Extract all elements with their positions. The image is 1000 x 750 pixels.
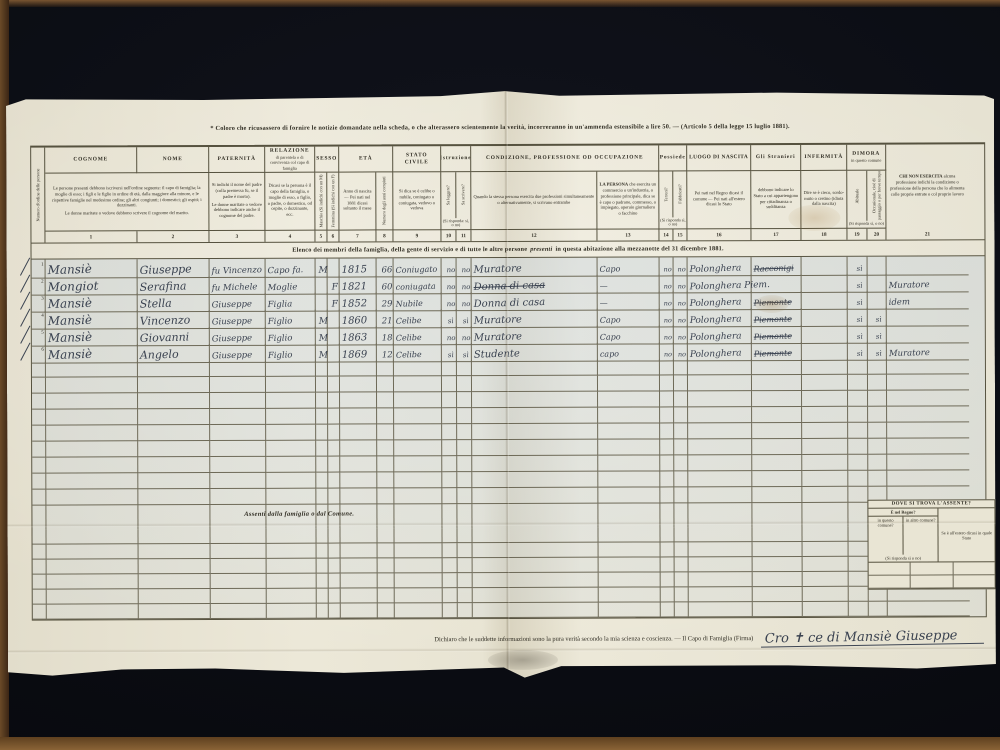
empty-cell	[442, 488, 457, 504]
empty-cell	[442, 472, 457, 488]
empty-cell	[753, 587, 803, 602]
empty-cell	[598, 407, 660, 423]
empty-cell	[138, 473, 210, 489]
handwritten-entry: Capo fa.	[267, 266, 303, 276]
row-number: 5	[41, 331, 44, 336]
empty-cell	[341, 573, 378, 588]
empty-cell	[328, 393, 340, 409]
handwritten-entry: F	[332, 300, 339, 309]
empty-cell	[377, 488, 394, 504]
empty-cell	[32, 490, 46, 506]
tally-mark	[20, 309, 30, 327]
empty-cell	[752, 439, 802, 455]
handwritten-entry: no	[664, 300, 672, 307]
row-number: 1	[41, 263, 44, 268]
handwritten-entry: 18	[381, 334, 392, 343]
empty-cell	[803, 587, 849, 602]
empty-cell	[599, 602, 661, 617]
handwritten-entry: 1863	[342, 333, 368, 344]
empty-cell	[848, 407, 868, 423]
empty-cell	[266, 377, 316, 393]
empty-cell	[340, 440, 377, 456]
empty-cell	[802, 407, 848, 423]
col-possiede-title: Possiede	[659, 145, 687, 171]
handwritten-entry: Muratore	[889, 281, 930, 291]
handwritten-entry: coniugata	[396, 283, 436, 292]
dimora-note: (Si risponda sì, o no)	[847, 221, 885, 228]
col-number-19: 19	[847, 229, 867, 240]
col-number-11: 11	[456, 230, 471, 241]
empty-cell	[317, 604, 329, 619]
empty-cell	[329, 604, 341, 619]
empty-cell	[378, 543, 395, 558]
col-stranieri-title: Gli Stranieri	[751, 145, 801, 171]
empty-cell	[267, 559, 317, 574]
empty-cell	[46, 377, 138, 393]
empty-cell	[661, 587, 675, 602]
empty-cell	[887, 454, 969, 470]
handwritten-entry: sì	[448, 352, 454, 359]
empty-cell	[688, 359, 752, 375]
empty-cell	[753, 572, 803, 587]
empty-cell	[458, 558, 473, 573]
handwritten-entry: Figlio	[268, 334, 293, 343]
empty-cell	[457, 376, 472, 392]
empty-cell	[138, 361, 210, 377]
eta-anni-label: Numero degli anni compiuti	[376, 172, 393, 230]
empty-cell	[32, 474, 46, 490]
empty-cell	[317, 559, 329, 574]
empty-cell	[47, 544, 139, 559]
empty-cell	[599, 557, 661, 572]
empty-cell	[473, 588, 599, 603]
handwritten-entry: Celibe	[396, 351, 422, 360]
empty-cell	[394, 488, 442, 504]
empty-cell	[674, 375, 688, 391]
empty-cell	[316, 409, 328, 425]
empty-cell	[598, 527, 660, 542]
handwritten-entry: no	[678, 266, 686, 273]
empty-cell	[473, 558, 599, 573]
empty-cell	[394, 440, 442, 456]
col-number-13: 13	[597, 229, 659, 240]
empty-cell	[32, 410, 46, 426]
empty-cell	[675, 602, 689, 617]
luogo-nascita-description: Pei nati nel Regno dicasi il comune — Pe…	[687, 171, 751, 229]
empty-cell	[868, 471, 887, 487]
empty-cell	[443, 573, 458, 588]
handwritten-entry: Angelo	[140, 349, 179, 361]
cognome-nome-description: Le persone presenti debbono iscriversi n…	[45, 173, 209, 232]
empty-cell	[138, 489, 210, 505]
row-number: 4	[41, 314, 44, 319]
census-form-1881: * Coloro che ricusassero di fornire le n…	[6, 88, 996, 687]
empty-cell	[340, 528, 377, 543]
handwritten-entry: no	[446, 284, 455, 291]
empty-cell	[472, 528, 598, 543]
empty-cell	[868, 407, 887, 423]
empty-cell	[803, 557, 849, 572]
empty-cell	[210, 529, 266, 544]
stain	[788, 205, 840, 231]
empty-cell	[340, 376, 377, 392]
col-numero-ordine: Numero d'ordine delle persone	[31, 148, 45, 243]
empty-cell	[802, 423, 848, 439]
col-number-2: 2	[137, 231, 209, 242]
empty-cell	[317, 574, 329, 589]
handwritten-entry: sì	[856, 266, 862, 273]
tally-mark	[20, 275, 30, 293]
empty-cell	[888, 601, 970, 616]
empty-cell	[752, 391, 802, 407]
handwritten-entry: sì	[463, 352, 469, 359]
empty-cell	[848, 359, 868, 375]
eta-anno-description: Anno di nascita — Pei nati nel 1881 dice…	[339, 172, 376, 230]
empty-cell	[457, 392, 472, 408]
sa-leggere-label: Sa leggere?	[446, 185, 451, 205]
empty-cell	[316, 473, 328, 489]
empty-cell	[674, 423, 688, 439]
handwritten-entry: sì	[876, 351, 882, 358]
col-number-16: 16	[687, 229, 751, 240]
empty-cell	[457, 424, 472, 440]
empty-cell	[472, 360, 598, 376]
empty-cell	[395, 543, 443, 558]
possiede-note: (Si risponda sì, o no)	[659, 217, 686, 228]
handwritten-entry: Giuseppe	[212, 300, 253, 310]
row-number: 2	[41, 280, 44, 285]
handwritten-entry: sì	[856, 317, 862, 324]
handwritten-entry: 60	[381, 283, 392, 292]
handwritten-entry: sì	[856, 334, 862, 341]
col-number-12: 12	[471, 230, 597, 241]
empty-cell	[688, 471, 752, 487]
tally-mark	[20, 326, 30, 344]
col-number-4: 4	[265, 231, 315, 242]
handwritten-entry: no	[461, 301, 470, 308]
handwritten-entry: Piemonte	[754, 349, 792, 358]
empty-cell	[674, 455, 688, 471]
fabbricati-label: Fabbricati?	[677, 185, 682, 204]
declaration-text: Dichiaro che le suddette informazioni so…	[434, 635, 753, 643]
empty-cell	[868, 455, 887, 471]
empty-cell	[868, 375, 887, 391]
col-number-21: 21	[886, 228, 968, 239]
handwritten-entry: Giuseppe	[212, 334, 253, 344]
handwritten-entry: Muratore	[889, 349, 930, 359]
empty-cell	[316, 361, 328, 377]
empty-cell	[660, 439, 674, 455]
handwritten-entry: no	[664, 283, 672, 290]
empty-cell	[340, 408, 377, 424]
empty-cell	[752, 455, 802, 471]
handwritten-entry: 1821	[342, 282, 368, 293]
empty-cell	[394, 528, 442, 543]
empty-cell	[341, 588, 378, 603]
empty-cell	[599, 572, 661, 587]
empty-cell	[210, 457, 266, 473]
handwritten-entry: Giovanni	[140, 331, 190, 343]
empty-cell	[442, 424, 457, 440]
paternita-description: Si indichi il nome del padre (colla prem…	[209, 173, 265, 231]
empty-cell	[210, 393, 266, 409]
handwritten-entry: 12	[381, 351, 392, 360]
handwritten-entry: Vincenzo	[140, 314, 191, 326]
empty-cell	[849, 587, 869, 602]
handwritten-entry: Mansiè	[48, 314, 93, 327]
empty-cell	[328, 529, 340, 544]
empty-cell	[316, 393, 328, 409]
empty-cell	[457, 408, 472, 424]
empty-cell	[316, 425, 328, 441]
empty-cell	[394, 360, 442, 376]
empty-cell	[660, 359, 674, 375]
empty-cell	[138, 457, 210, 473]
empty-cell	[598, 359, 660, 375]
absent-location-box: DOVE SI TROVA L'ASSENTE? È nel Regno? in…	[867, 499, 995, 589]
empty-cell	[46, 457, 138, 473]
empty-cell	[674, 527, 688, 542]
empty-cell	[266, 529, 316, 544]
col-number-15: 15	[673, 229, 687, 240]
col-number-1: 1	[45, 231, 137, 242]
absent-abroad-label: Se è all'estero dicasi in quale Stato	[939, 508, 995, 561]
terreni-label: Terreni?	[663, 187, 668, 201]
empty-cell	[139, 544, 211, 559]
empty-cell	[443, 558, 458, 573]
empty-cell	[378, 588, 395, 603]
empty-cell	[340, 424, 377, 440]
empty-cell	[660, 527, 674, 542]
empty-cell	[848, 455, 868, 471]
row-number: 3	[41, 297, 44, 302]
handwritten-entry: 1852	[342, 299, 368, 310]
handwritten-entry: Stella	[140, 298, 172, 310]
empty-cell	[848, 391, 868, 407]
empty-cell	[138, 409, 210, 425]
abituale-label: Abituale	[854, 189, 859, 204]
empty-cell	[443, 603, 458, 618]
empty-cell	[32, 394, 46, 410]
handwritten-entry: M	[318, 266, 327, 275]
empty-cell	[32, 426, 46, 442]
empty-cell	[457, 440, 472, 456]
empty-cell	[46, 441, 138, 457]
handwritten-entry: Racconigi	[753, 264, 793, 273]
sa-scrivere-label: Sa scrivere?	[461, 185, 466, 206]
empty-cell	[46, 473, 138, 489]
empty-cell	[472, 424, 598, 440]
empty-cell	[47, 559, 139, 574]
col-sesso-title: SESSO	[315, 147, 339, 173]
empty-cell	[46, 393, 138, 409]
empty-cell	[458, 603, 473, 618]
handwritten-entry: no	[678, 283, 686, 290]
empty-cell	[688, 391, 752, 407]
handwritten-entry: Giuseppe	[212, 317, 253, 327]
handwritten-entry: no	[664, 351, 672, 358]
dimora-sublabels: Abituale Occasionale, cioè di passaggio …	[847, 171, 886, 229]
empty-cell	[887, 390, 969, 406]
empty-cell	[377, 392, 394, 408]
empty-cell	[675, 557, 689, 572]
empty-cell	[328, 361, 340, 377]
empty-cell	[210, 409, 266, 425]
empty-cell	[47, 604, 139, 619]
handwritten-entry: F	[332, 283, 339, 292]
empty-cell	[752, 375, 802, 391]
empty-cell	[458, 543, 473, 558]
empty-cell	[849, 602, 869, 617]
empty-cell	[266, 473, 316, 489]
handwritten-entry: no	[446, 267, 455, 274]
handwritten-entry: no	[664, 334, 672, 341]
istruzione-note: (Si risponda: sì, o no)	[441, 218, 470, 229]
handwritten-entry: sì	[856, 283, 862, 290]
empty-cell	[849, 542, 869, 557]
empty-cell	[473, 573, 599, 588]
empty-cell	[138, 529, 210, 544]
istruzione-sublabels: Sa leggere? Sa scrivere? (Si risponda: s…	[441, 172, 471, 230]
handwritten-entry: no	[678, 300, 686, 307]
empty-cell	[689, 542, 753, 557]
empty-cell	[340, 456, 377, 472]
empty-cell	[329, 559, 341, 574]
empty-cell	[378, 573, 395, 588]
empty-cell	[458, 588, 473, 603]
empty-cell	[442, 440, 457, 456]
empty-cell	[848, 375, 868, 391]
handwritten-entry: Celibe	[396, 317, 422, 326]
empty-cell	[394, 376, 442, 392]
handwritten-entry: Piemonte	[754, 315, 792, 324]
empty-cell	[688, 407, 752, 423]
col-number-7: 7	[339, 230, 376, 241]
row-number: 6	[41, 348, 44, 353]
empty-cell	[869, 602, 888, 617]
empty-cell	[378, 603, 395, 618]
col-luogo-nascita-title: LUOGO DI NASCITA	[687, 145, 751, 171]
empty-cell	[211, 604, 267, 619]
empty-cell	[340, 392, 377, 408]
empty-cell	[752, 407, 802, 423]
empty-cell	[138, 441, 210, 457]
empty-cell	[689, 557, 753, 572]
empty-cell	[472, 488, 598, 504]
empty-cell	[688, 455, 752, 471]
empty-cell	[316, 457, 328, 473]
handwritten-entry: fu Vincenzo	[211, 266, 262, 276]
empty-cell	[442, 360, 457, 376]
empty-cell	[457, 488, 472, 504]
empty-cell	[443, 543, 458, 558]
stato-civile-description: Si dica se è celibe o nubile, coniugato …	[393, 172, 441, 230]
empty-cell	[674, 391, 688, 407]
empty-cell	[887, 358, 969, 374]
empty-cell	[377, 528, 394, 543]
empty-cell	[688, 527, 752, 542]
sesso-femmina-label: Femmina (Si indichi con un F)	[327, 173, 339, 231]
empty-cell	[752, 527, 802, 542]
empty-cell	[848, 487, 868, 503]
handwritten-entry: no	[678, 334, 686, 341]
empty-cell	[139, 574, 211, 589]
empty-cell	[394, 424, 442, 440]
photographed-census-sheet-scene: * Coloro che ricusassero di fornire le n…	[0, 0, 1000, 750]
empty-cell	[688, 439, 752, 455]
handwritten-entry: Piemonte	[754, 332, 792, 341]
empty-cell	[340, 360, 377, 376]
col-dimora-title: DIMORA in questo comune	[847, 145, 886, 171]
empty-cell	[46, 489, 138, 505]
handwritten-entry: Celibe	[396, 334, 422, 343]
handwritten-entry: —	[600, 300, 608, 308]
empty-cell	[328, 473, 340, 489]
empty-cell	[803, 602, 849, 617]
empty-cell	[139, 604, 211, 619]
col-chi-non-esercita: CHI NON ESERCITA alcuna professione indi…	[886, 144, 968, 228]
empty-cell	[848, 439, 868, 455]
handwritten-entry: Giuseppe	[212, 351, 253, 361]
empty-cell	[442, 408, 457, 424]
empty-cell	[267, 589, 317, 604]
handwritten-entry: no	[664, 317, 672, 324]
empty-cell	[139, 559, 211, 574]
empty-cell	[33, 590, 47, 605]
empty-cell	[328, 441, 340, 457]
desk-edge-bottom	[0, 737, 1000, 750]
empty-cell	[316, 529, 328, 544]
empty-cell	[599, 542, 661, 557]
handwritten-entry: no	[664, 266, 672, 273]
empty-cell	[868, 439, 887, 455]
empty-cell	[377, 440, 394, 456]
handwritten-entry: no	[461, 284, 470, 291]
empty-cell	[660, 455, 674, 471]
handwritten-entry: Mansiè	[48, 348, 93, 361]
empty-cell	[377, 408, 394, 424]
col-number-10: 10	[441, 230, 456, 241]
empty-cell	[674, 487, 688, 503]
absent-box-rows	[869, 561, 995, 588]
handwritten-entry: 29	[381, 300, 392, 309]
condizione-description: Quando la stessa persona esercita due pr…	[471, 172, 597, 230]
handwritten-entry: idem	[889, 298, 910, 307]
col-relazione-title: RELAZIONE di parentela o di convivenza c…	[265, 147, 315, 173]
empty-cell	[46, 425, 138, 441]
empty-cell	[211, 544, 267, 559]
empty-cell	[887, 374, 969, 390]
empty-cell	[688, 487, 752, 503]
col-number-9: 9	[393, 230, 441, 241]
empty-cell	[675, 572, 689, 587]
empty-cell	[674, 471, 688, 487]
empty-cell	[47, 574, 139, 589]
empty-cell	[328, 377, 340, 393]
desk-edge-top	[0, 0, 1000, 7]
empty-cell	[394, 408, 442, 424]
empty-cell	[674, 359, 688, 375]
absent-in-kingdom: È nel Regno? in questo comune? in altro …	[868, 508, 938, 561]
empty-cell	[803, 572, 849, 587]
empty-cell	[33, 605, 47, 620]
empty-cell	[473, 603, 599, 618]
handwritten-entry: 1869	[342, 350, 368, 361]
col-number-20: 20	[867, 229, 886, 240]
empty-cell	[675, 542, 689, 557]
empty-cell	[802, 455, 848, 471]
empty-cell	[377, 376, 394, 392]
